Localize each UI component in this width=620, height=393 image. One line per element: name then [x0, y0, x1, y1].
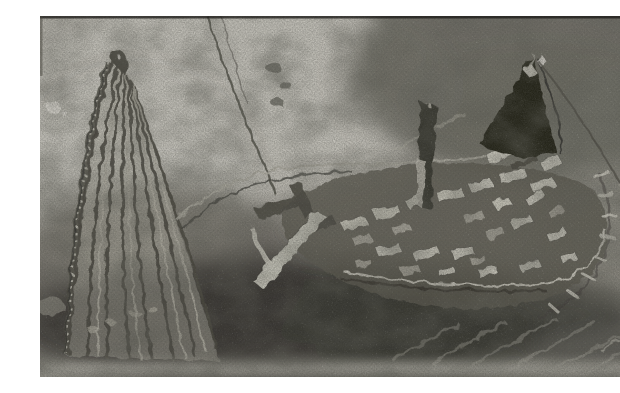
- photo-canvas: [40, 16, 620, 377]
- film-grain-light: [40, 16, 620, 377]
- excavation-photograph: [40, 16, 620, 377]
- left-edge-smudge: [40, 16, 43, 76]
- top-border-line: [40, 16, 620, 19]
